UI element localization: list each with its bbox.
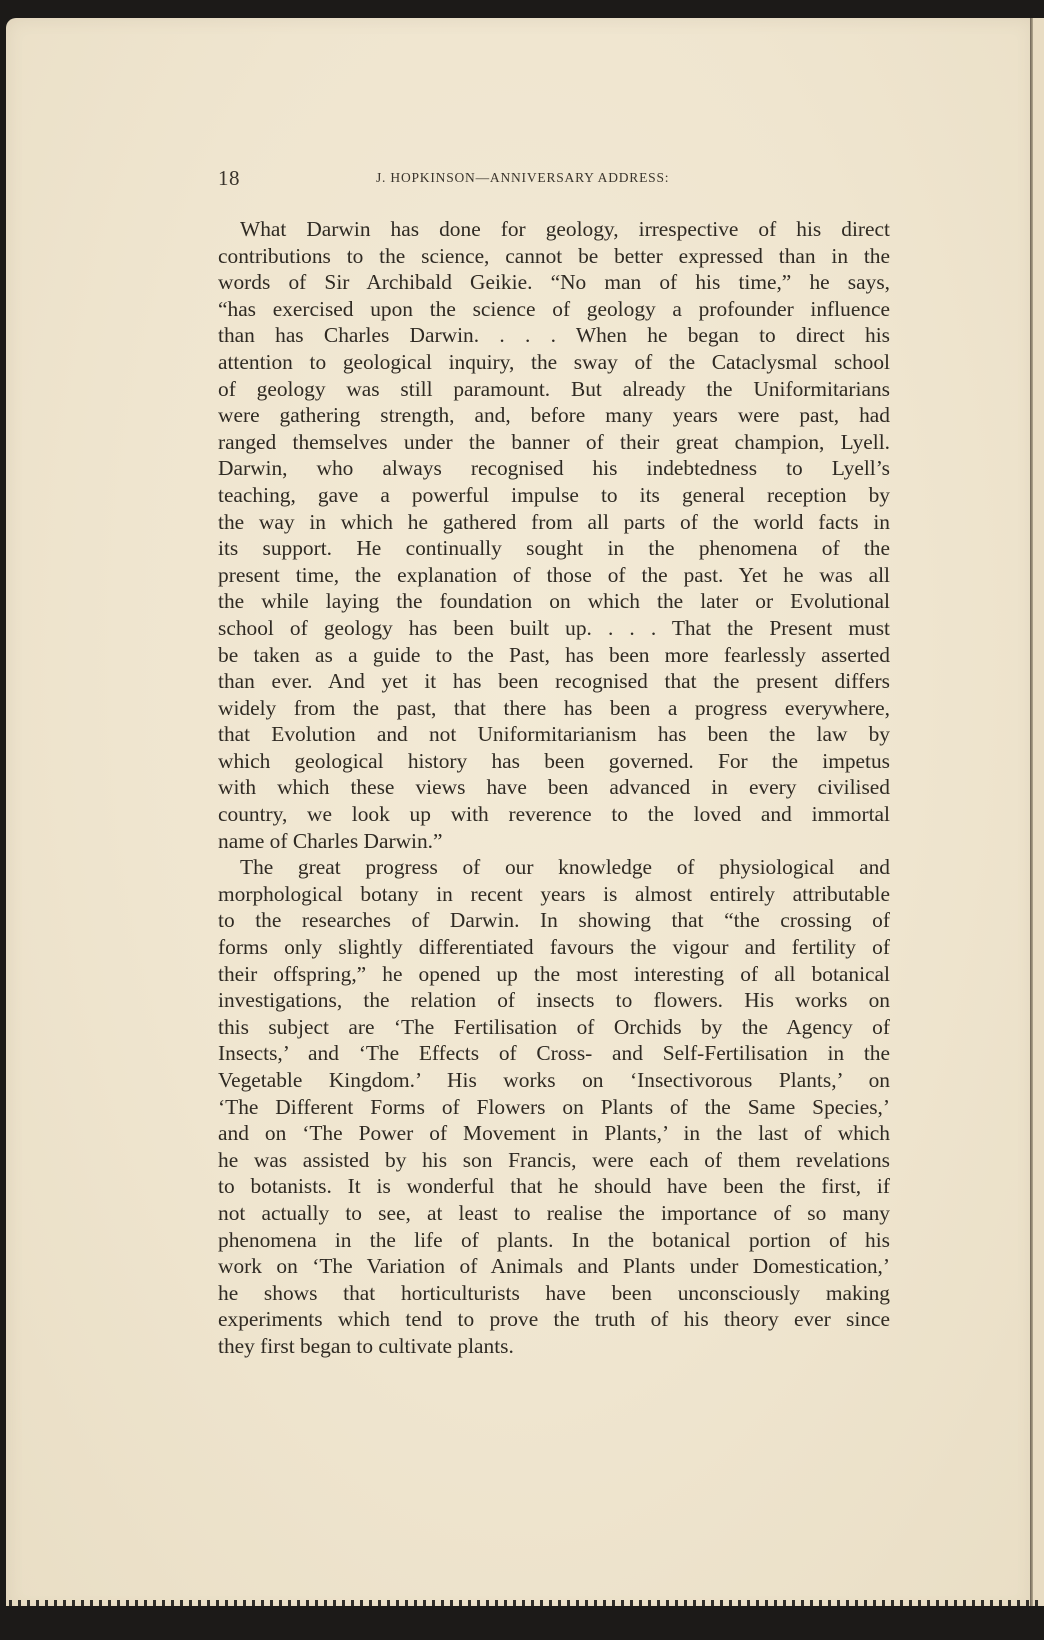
text-line: the way in which he gathered from all pa… bbox=[218, 509, 890, 536]
text-line: this subject are ‘The Fertilisation of O… bbox=[218, 1014, 890, 1041]
text-line: teaching, gave a powerful impulse to its… bbox=[218, 482, 890, 509]
text-line: which geological history has been govern… bbox=[218, 748, 890, 775]
text-line: What Darwin has done for geology, irresp… bbox=[218, 216, 890, 243]
text-line: morphological botany in recent years is … bbox=[218, 881, 890, 908]
text-line: experiments which tend to prove the trut… bbox=[218, 1306, 890, 1333]
text-line: The great progress of our knowledge of p… bbox=[218, 854, 890, 881]
body-text: What Darwin has done for geology, irresp… bbox=[218, 216, 890, 1360]
paragraph-botany: The great progress of our knowledge of p… bbox=[218, 854, 890, 1359]
text-line: Darwin, who always recognised his indebt… bbox=[218, 455, 890, 482]
text-line: and on ‘The Power of Movement in Plants,… bbox=[218, 1120, 890, 1147]
text-line: than ever. And yet it has been recognise… bbox=[218, 668, 890, 695]
text-line: attention to geological inquiry, the swa… bbox=[218, 349, 890, 376]
text-line: present time, the explanation of those o… bbox=[218, 562, 890, 589]
text-line: ranged themselves under the banner of th… bbox=[218, 429, 890, 456]
page-header: 18 J. HOPKINSON—ANNIVERSARY ADDRESS: bbox=[218, 166, 890, 194]
text-line: than has Charles Darwin. . . . When he b… bbox=[218, 322, 890, 349]
text-line: school of geology has been built up. . .… bbox=[218, 615, 890, 642]
text-line: Insects,’ and ‘The Effects of Cross- and… bbox=[218, 1040, 890, 1067]
text-line: be taken as a guide to the Past, has bee… bbox=[218, 642, 890, 669]
text-line: of geology was still paramount. But alre… bbox=[218, 376, 890, 403]
text-line: were gathering strength, and, before man… bbox=[218, 402, 890, 429]
page-number: 18 bbox=[218, 166, 240, 191]
text-line: to botanists. It is wonderful that he sh… bbox=[218, 1173, 890, 1200]
text-line: widely from the past, that there has bee… bbox=[218, 695, 890, 722]
text-line: their offspring,” he opened up the most … bbox=[218, 961, 890, 988]
text-line: country, we look up with reverence to th… bbox=[218, 801, 890, 828]
text-line: words of Sir Archibald Geikie. “No man o… bbox=[218, 269, 890, 296]
text-line: name of Charles Darwin.” bbox=[218, 828, 890, 855]
text-line: to the researches of Darwin. In showing … bbox=[218, 907, 890, 934]
text-line: contributions to the science, cannot be … bbox=[218, 243, 890, 270]
text-line: the while laying the foundation on which… bbox=[218, 588, 890, 615]
text-line: Vegetable Kingdom.’ His works on ‘Insect… bbox=[218, 1067, 890, 1094]
text-line: forms only slightly differentiated favou… bbox=[218, 934, 890, 961]
page-bottom-edge bbox=[0, 1606, 1044, 1640]
text-line: phenomena in the life of plants. In the … bbox=[218, 1227, 890, 1254]
text-line: ‘The Different Forms of Flowers on Plant… bbox=[218, 1094, 890, 1121]
text-line: he shows that horticulturists have been … bbox=[218, 1280, 890, 1307]
text-line: investigations, the relation of insects … bbox=[218, 987, 890, 1014]
facing-page-edge bbox=[1033, 18, 1044, 1612]
text-line: they first began to cultivate plants. bbox=[218, 1333, 890, 1360]
paragraph-geology: What Darwin has done for geology, irresp… bbox=[218, 216, 890, 854]
text-line: that Evolution and not Uniformitarianism… bbox=[218, 721, 890, 748]
text-line: “has exercised upon the science of geolo… bbox=[218, 296, 890, 323]
text-line: not actually to see, at least to realise… bbox=[218, 1200, 890, 1227]
text-line: with which these views have been advance… bbox=[218, 774, 890, 801]
text-line: its support. He continually sought in th… bbox=[218, 535, 890, 562]
text-line: he was assisted by his son Francis, were… bbox=[218, 1147, 890, 1174]
text-line: work on ‘The Variation of Animals and Pl… bbox=[218, 1253, 890, 1280]
running-title: J. HOPKINSON—ANNIVERSARY ADDRESS: bbox=[376, 170, 669, 186]
